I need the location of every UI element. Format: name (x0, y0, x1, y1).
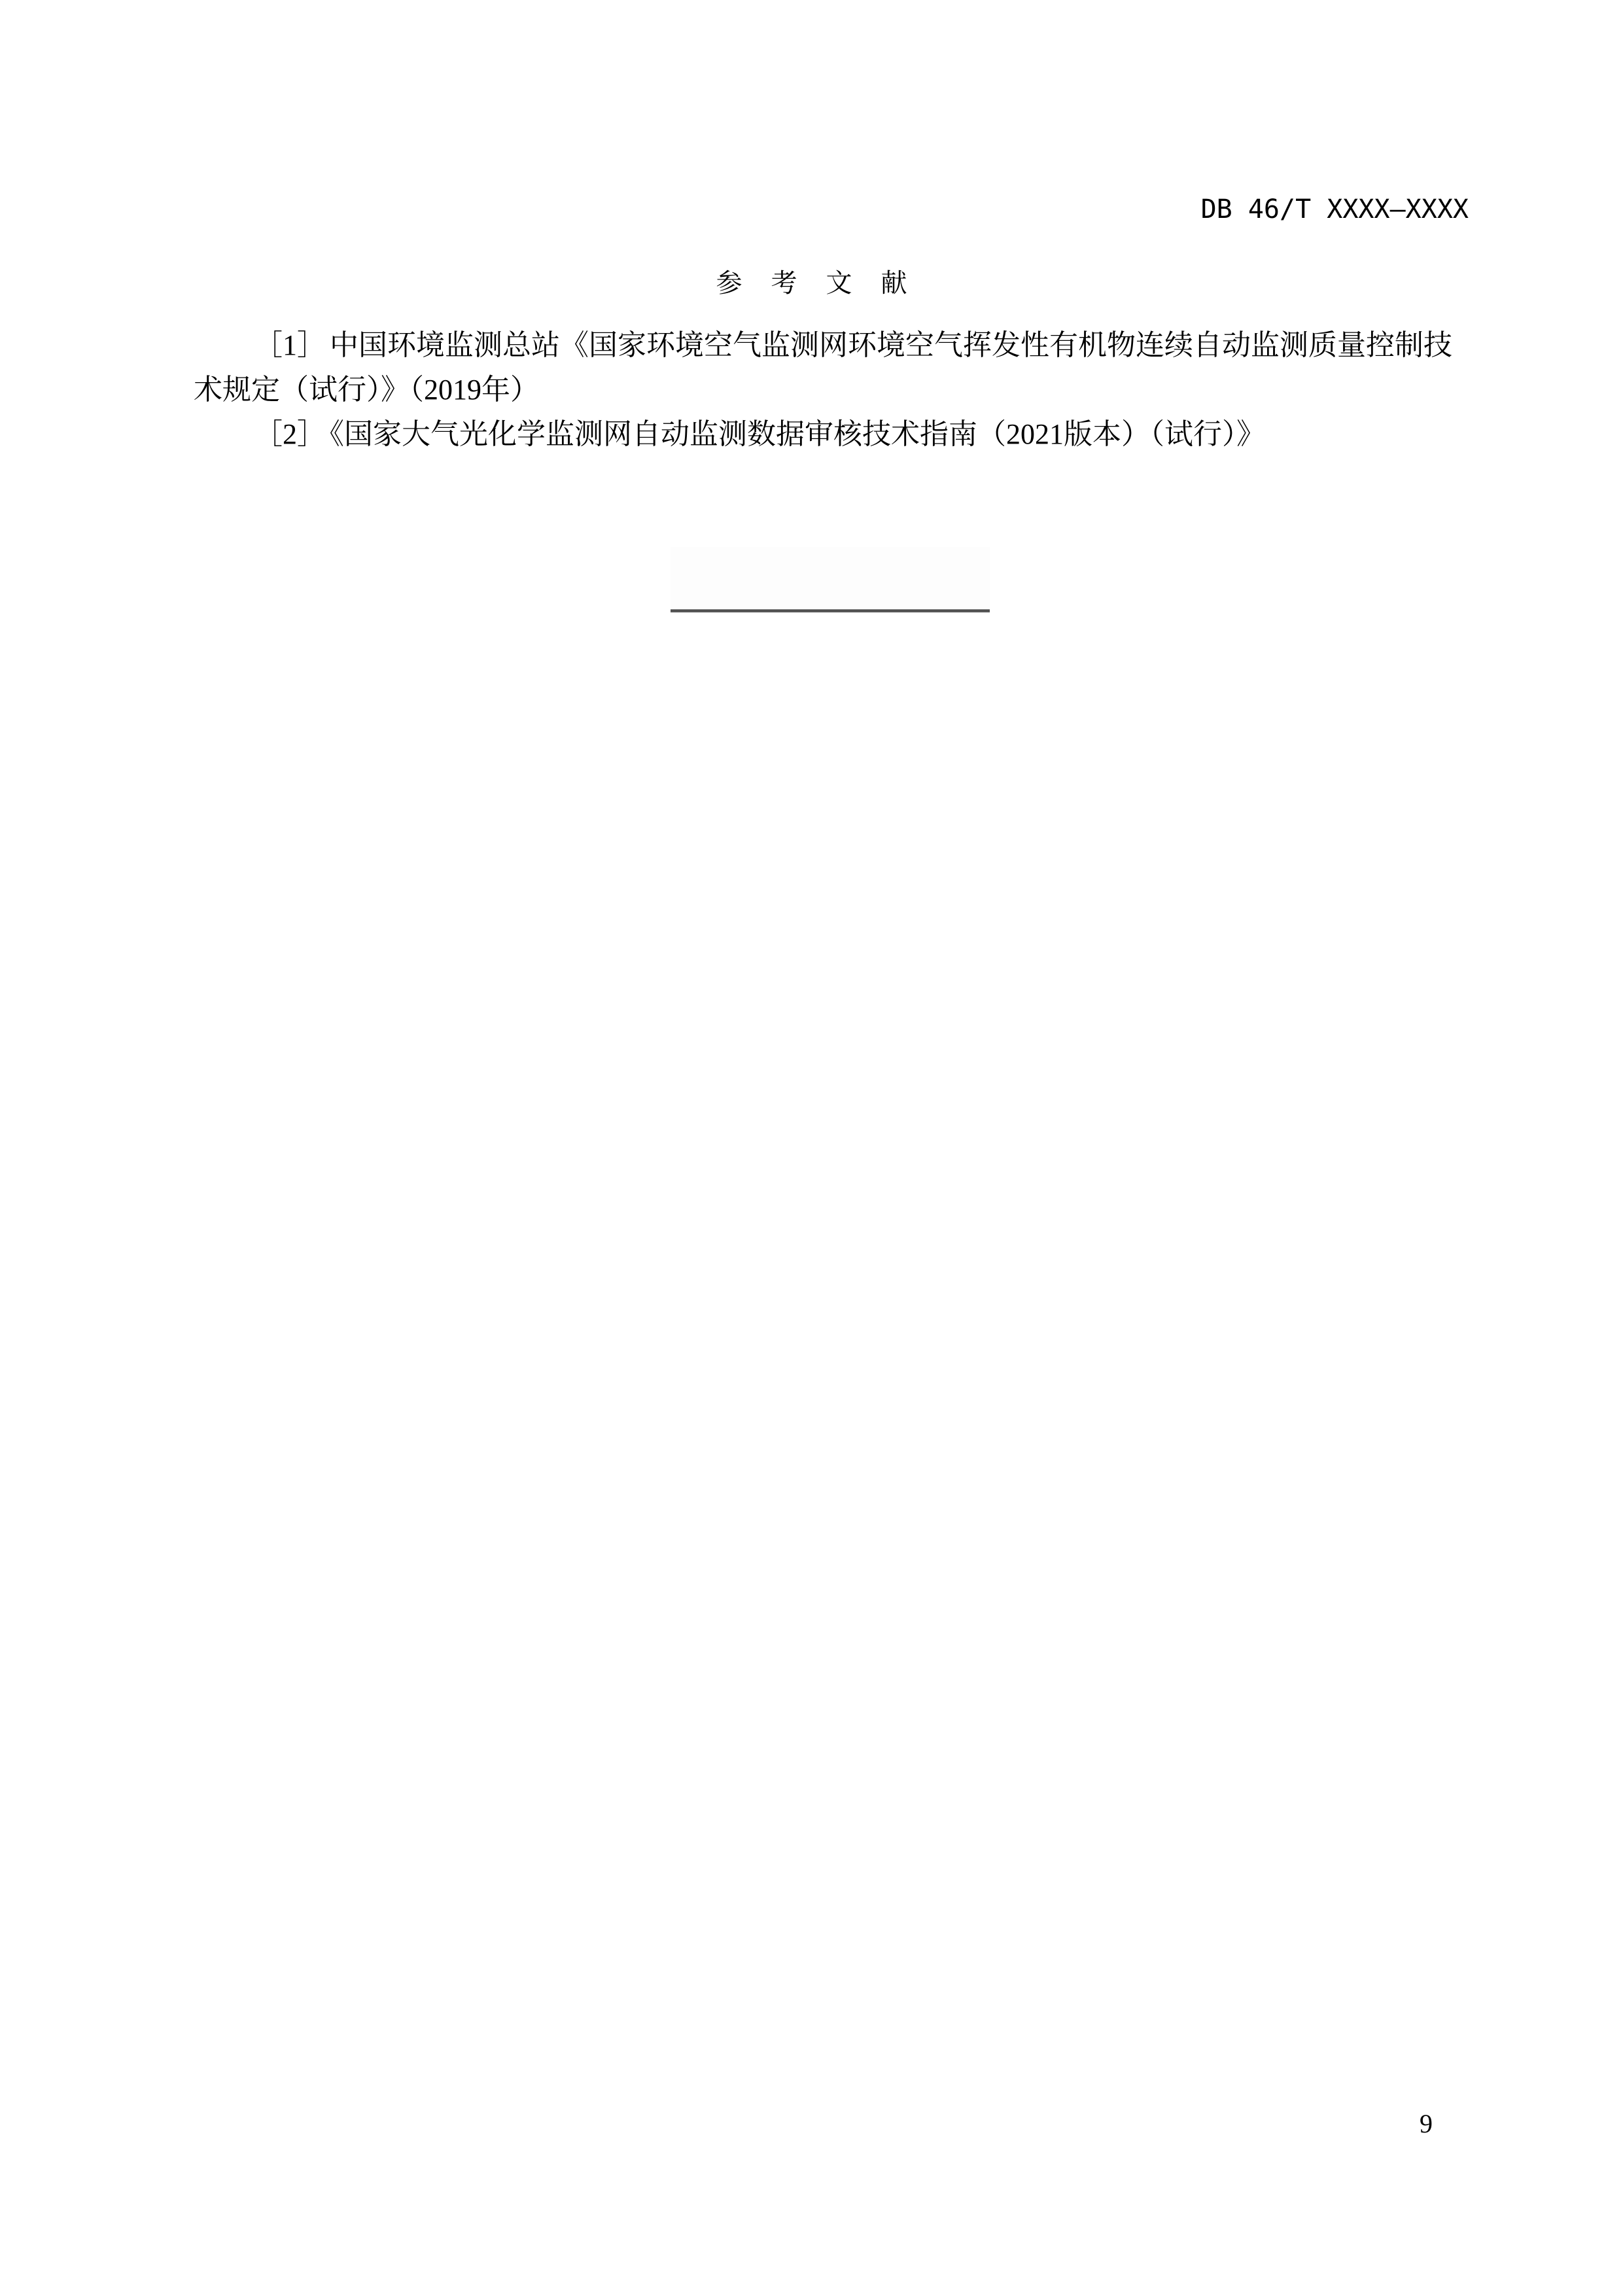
section-title: 参考文献 (0, 260, 1623, 306)
end-mark-background (671, 547, 990, 610)
standard-code-header: DB 46/T XXXX—XXXX (1201, 190, 1469, 229)
reference-number: ［2］ (254, 418, 326, 450)
end-of-document-rule (671, 609, 990, 612)
reference-list: ［1］中国环境监测总站《国家环境空气监测网环境空气挥发性有机物连续自动监测质量控… (194, 323, 1476, 457)
reference-number: ［1］ (254, 329, 326, 361)
reference-item: ［1］中国环境监测总站《国家环境空气监测网环境空气挥发性有机物连续自动监测质量控… (194, 323, 1476, 412)
reference-text: 《国家大气光化学监测网自动监测数据审核技术指南（2021版本）（试行）》 (330, 418, 1265, 450)
page-number: 9 (1420, 2108, 1433, 2140)
reference-item: ［2］《国家大气光化学监测网自动监测数据审核技术指南（2021版本）（试行）》 (194, 412, 1476, 457)
reference-text: 中国环境监测总站《国家环境空气监测网环境空气挥发性有机物连续自动监测质量控制技术… (194, 329, 1452, 406)
